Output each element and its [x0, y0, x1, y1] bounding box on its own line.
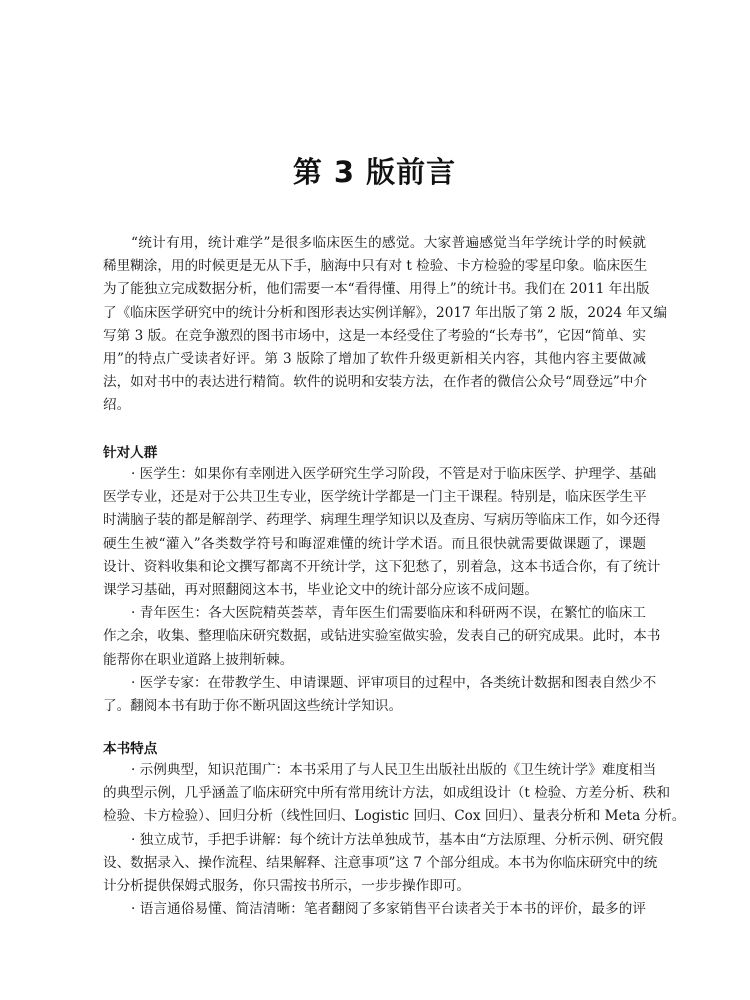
text-line: 法，如对书中的表达进行精简。软件的说明和安装方法，在作者的微信公众号“周登远”中…	[103, 371, 646, 394]
text-line: 设计、资料收集和论文撰写都离不开统计学，这下犯愁了，别着急，这本书适合你，有了统…	[103, 556, 646, 579]
text-line: 的典型示例，几乎涵盖了临床研究中所有常用统计方法，如成组设计（t 检验、方差分析…	[103, 782, 646, 805]
text-line: 计分析提供保姆式服务，你只需按书所示，一步步操作即可。	[103, 875, 646, 898]
audience-item-young-doctors: · 青年医生：各大医院精英荟萃，青年医生们需要临床和科研两不误，在繁忙的临床工 …	[103, 602, 646, 672]
intro-paragraph: “统计有用，统计难学”是很多临床医生的感觉。大家普遍感觉当年学统计学的时候就 稀…	[103, 232, 646, 418]
text-line: 写第 3 版。在竞争激烈的图书市场中，这是一本经受住了考验的“长寿书”，它因“简…	[103, 325, 646, 348]
text-line: 硬生生被“灌入”各类数学符号和晦涩难懂的统计学术语。而且很快就需要做课题了，课题	[103, 533, 646, 556]
text-line: · 示例典型，知识范围广：本书采用了与人民卫生出版社出版的《卫生统计学》难度相当	[103, 759, 646, 782]
text-line: 了《临床医学研究中的统计分析和图形表达实例详解》，2017 年出版了第 2 版，…	[103, 302, 646, 325]
text-line: 时满脑子装的都是解剖学、药理学、病理生理学知识以及查房、写病历等临床工作，如今还…	[103, 509, 646, 532]
target-audience-section: · 医学生：如果你有幸刚进入医学研究生学习阶段，不管是对于临床医学、护理学、基础…	[103, 463, 646, 718]
text-line: 绍。	[103, 394, 646, 417]
audience-item-medical-students: · 医学生：如果你有幸刚进入医学研究生学习阶段，不管是对于临床医学、护理学、基础…	[103, 463, 646, 602]
text-line: 设、数据录入、操作流程、结果解释、注意事项”这 7 个部分组成。本书为你临床研究…	[103, 852, 646, 875]
book-features-section: · 示例典型，知识范围广：本书采用了与人民卫生出版社出版的《卫生统计学》难度相当…	[103, 759, 646, 921]
text-line: 医学专业，还是对于公共卫生专业，医学统计学都是一门主干课程。特别是，临床医学生平	[103, 486, 646, 509]
section-heading-target-audience: 针对人群	[103, 441, 157, 461]
text-line: · 语言通俗易懂、简洁清晰：笔者翻阅了多家销售平台读者关于本书的评价，最多的评	[103, 898, 646, 921]
text-line: · 青年医生：各大医院精英荟萃，青年医生们需要临床和科研两不误，在繁忙的临床工	[103, 602, 646, 625]
text-line: · 医学专家：在带教学生、申请课题、评审项目的过程中，各类统计数据和图表自然少不	[103, 672, 646, 695]
text-line: 检验、卡方检验）、回归分析（线性回归、Logistic 回归、Cox 回归）、量…	[103, 805, 646, 828]
section-heading-book-features: 本书特点	[103, 737, 157, 757]
audience-item-medical-experts: · 医学专家：在带教学生、申请课题、评审项目的过程中，各类统计数据和图表自然少不…	[103, 672, 646, 718]
feature-item-typical-examples: · 示例典型，知识范围广：本书采用了与人民卫生出版社出版的《卫生统计学》难度相当…	[103, 759, 646, 829]
text-line: 用”的特点广受读者好评。第 3 版除了增加了软件升级更新相关内容，其他内容主要做…	[103, 348, 646, 371]
text-line: 为了能独立完成数据分析，他们需要一本“看得懂、用得上”的统计书。我们在 2011…	[103, 278, 646, 301]
page-title: 第 3 版前言	[103, 150, 646, 191]
text-line: 稀里糊涂，用的时候更是无从下手，脑海中只有对 t 检验、卡方检验的零星印象。临床…	[103, 255, 646, 278]
text-line: 了。翻阅本书有助于你不断巩固这些统计学知识。	[103, 695, 646, 718]
text-line: · 独立成节，手把手讲解：每个统计方法单独成节，基本由“方法原理、分析示例、研究…	[103, 829, 646, 852]
text-line: 作之余，收集、整理临床研究数据，或钻进实验室做实验，发表自己的研究成果。此时，本…	[103, 625, 646, 648]
feature-item-plain-language: · 语言通俗易懂、简洁清晰：笔者翻阅了多家销售平台读者关于本书的评价，最多的评	[103, 898, 646, 921]
text-line: · 医学生：如果你有幸刚进入医学研究生学习阶段，不管是对于临床医学、护理学、基础	[103, 463, 646, 486]
text-line: 能帮你在职业道路上披荆斩棘。	[103, 649, 646, 672]
text-line: 课学习基础，再对照翻阅这本书，毕业论文中的统计部分应该不成问题。	[103, 579, 646, 602]
text-line: “统计有用，统计难学”是很多临床医生的感觉。大家普遍感觉当年学统计学的时候就	[103, 232, 646, 255]
feature-item-step-by-step: · 独立成节，手把手讲解：每个统计方法单独成节，基本由“方法原理、分析示例、研究…	[103, 829, 646, 899]
